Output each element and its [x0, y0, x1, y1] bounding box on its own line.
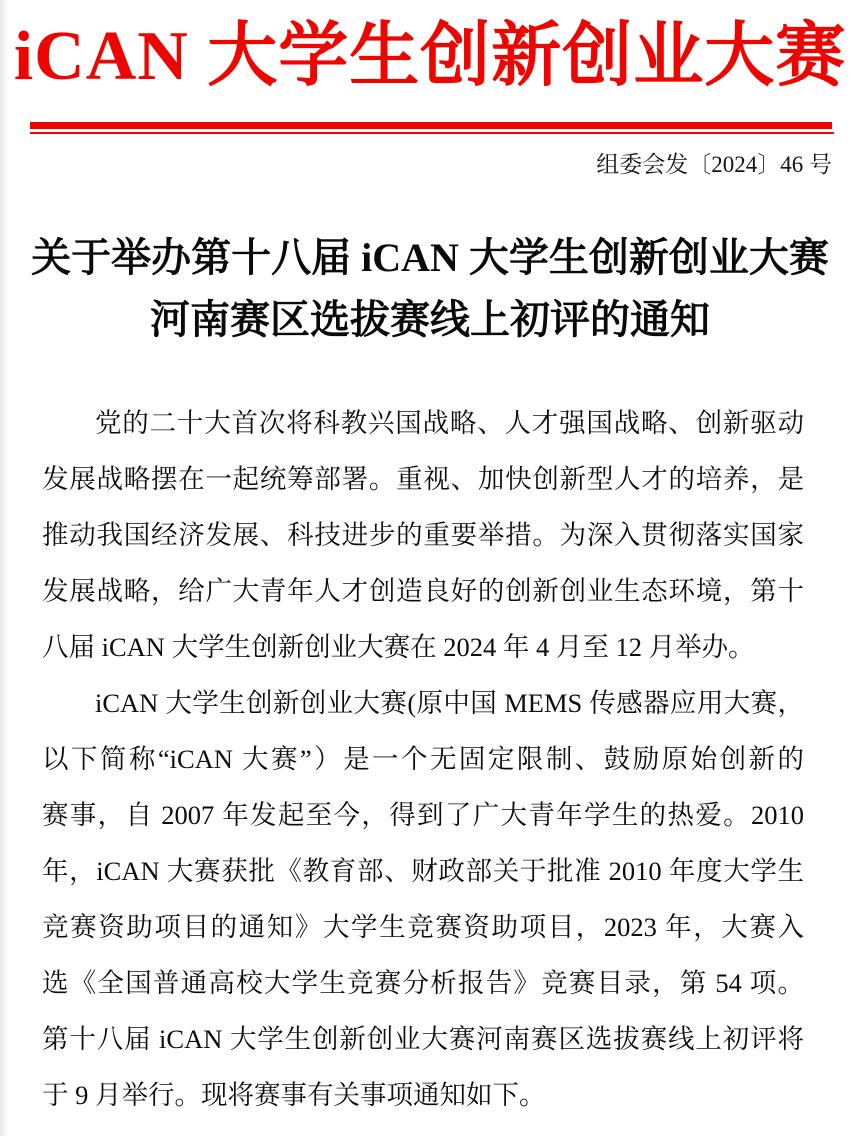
paragraph-line: 八届 iCAN 大学生创新创业大赛在 2024 年 4 月至 12 月举办。 — [42, 619, 804, 675]
body-text: 党的二十大首次将科教兴国战略、人才强国战略、创新驱动发展战略摆在一起统筹部署。重… — [42, 395, 804, 1123]
notice-title-line-2: 河南赛区选拔赛线上初评的通知 — [0, 289, 860, 351]
paragraph-line: 选《全国普通高校大学生竞赛分析报告》竞赛目录，第 54 项。 — [42, 955, 804, 1011]
masthead-title: iCAN 大学生创新创业大赛 — [0, 0, 860, 108]
paragraph-line: 党的二十大首次将科教兴国战略、人才强国战略、创新驱动 — [42, 395, 804, 451]
notice-title: 关于举办第十八届 iCAN 大学生创新创业大赛 河南赛区选拔赛线上初评的通知 — [0, 227, 860, 351]
paragraph-line: 发展战略摆在一起统筹部署。重视、加快创新型人才的培养，是 — [42, 451, 804, 507]
paragraph-line: iCAN 大学生创新创业大赛(原中国 MEMS 传感器应用大赛， — [42, 675, 804, 731]
paragraph-line: 竞赛资助项目的通知》大学生竞赛资助项目，2023 年，大赛入 — [42, 899, 804, 955]
document-page: iCAN 大学生创新创业大赛 组委会发〔2024〕46 号 关于举办第十八届 i… — [0, 0, 860, 1136]
paragraph-line: 赛事，自 2007 年发起至今，得到了广大青年学生的热爱。2010 — [42, 787, 804, 843]
paragraph-line: 发展战略，给广大青年人才创造良好的创新创业生态环境，第十 — [42, 563, 804, 619]
red-rule-thick — [30, 122, 832, 129]
paragraph-line: 年，iCAN 大赛获批《教育部、财政部关于批准 2010 年度大学生 — [42, 843, 804, 899]
document-number: 组委会发〔2024〕46 号 — [0, 149, 860, 181]
paragraph-line: 推动我国经济发展、科技进步的重要举措。为深入贯彻落实国家 — [42, 507, 804, 563]
paragraph-line: 以下简称“iCAN 大赛”）是一个无固定限制、鼓励原始创新的 — [42, 731, 804, 787]
notice-title-line-1: 关于举办第十八届 iCAN 大学生创新创业大赛 — [0, 227, 860, 289]
paragraph-line: 于 9 月举行。现将赛事有关事项通知如下。 — [42, 1067, 804, 1123]
red-rule-thin — [30, 132, 834, 134]
paragraph-line: 第十八届 iCAN 大学生创新创业大赛河南赛区选拔赛线上初评将 — [42, 1011, 804, 1067]
